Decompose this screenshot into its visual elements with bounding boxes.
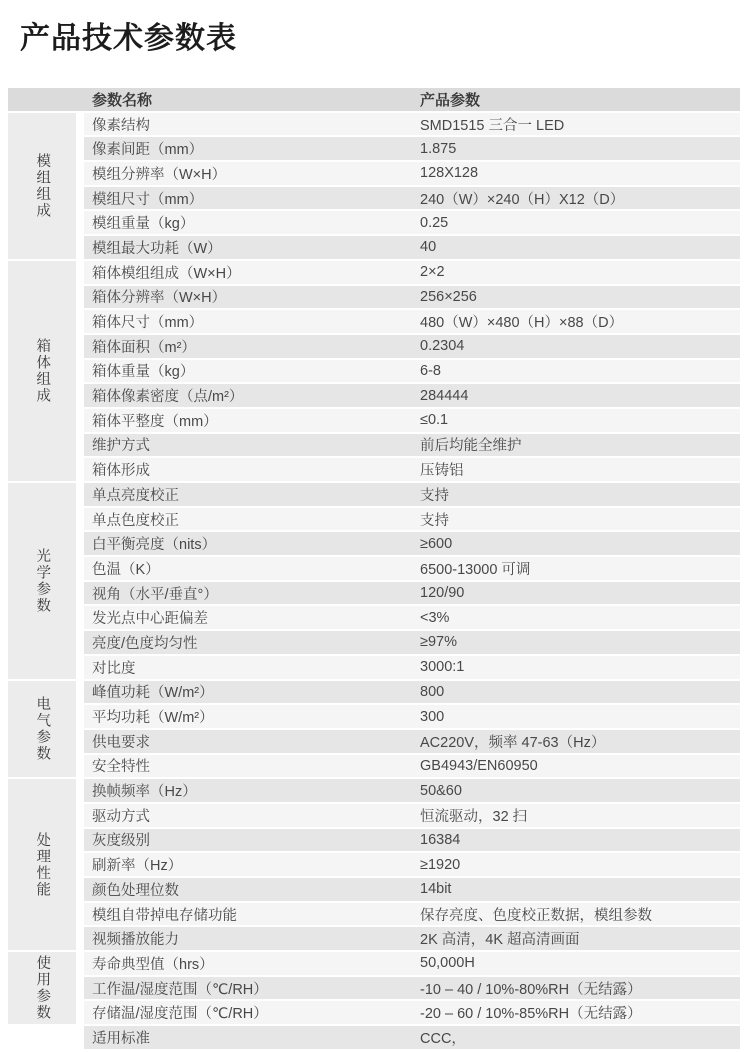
- param-name-cell: 箱体平整度（mm）: [84, 410, 420, 431]
- table-row: 发光点中心距偏差<3%: [84, 606, 740, 629]
- param-value-cell: 14bit: [420, 881, 740, 897]
- table-row: 灰度级别16384: [84, 829, 740, 852]
- param-value-cell: SMD1515 三合一 LED: [420, 114, 740, 135]
- table-row: 适用标准CCC，: [84, 1026, 740, 1049]
- param-name-cell: 灰度级别: [84, 829, 420, 850]
- param-name-cell: 换帧频率（Hz）: [84, 780, 420, 801]
- table-row: 驱动方式恒流驱动，32 扫: [84, 804, 740, 827]
- table-row: 箱体模组组成（W×H）2×2: [84, 261, 740, 284]
- param-value-cell: 50,000H: [420, 955, 740, 971]
- section-rows: 寿命典型值（hrs）50,000H工作温/湿度范围（℃/RH）-10 – 40 …: [84, 952, 740, 1051]
- table-row: 箱体形成压铸铝: [84, 458, 740, 481]
- param-name-cell: 模组自带掉电存储功能: [84, 904, 420, 925]
- param-value-cell: <3%: [420, 610, 740, 626]
- section-label: 箱体组成: [35, 338, 50, 404]
- section-label-column: 模组组成: [8, 113, 76, 261]
- param-value-cell: ≥600: [420, 536, 740, 552]
- table-row: 安全特性GB4943/EN60950: [84, 755, 740, 778]
- param-value-cell: 128X128: [420, 165, 740, 181]
- section-label-block: 电气参数: [8, 681, 76, 778]
- section-rows: 箱体模组组成（W×H）2×2箱体分辨率（W×H）256×256箱体尺寸（mm）4…: [84, 261, 740, 483]
- table-row: 存储温/湿度范围（℃/RH）-20 – 60 / 10%-85%RH（无结露）: [84, 1001, 740, 1024]
- param-name-cell: 箱体重量（kg）: [84, 360, 420, 381]
- param-name-cell: 色温（K）: [84, 558, 420, 579]
- param-name-cell: 存储温/湿度范围（℃/RH）: [84, 1002, 420, 1023]
- table-section: 光学参数单点亮度校正支持单点色度校正支持白平衡亮度（nits）≥600色温（K）…: [8, 483, 740, 681]
- param-value-cell: ≥1920: [420, 857, 740, 873]
- table-row: 换帧频率（Hz）50&60: [84, 779, 740, 802]
- param-name-cell: 单点亮度校正: [84, 484, 420, 505]
- table-row: 刷新率（Hz）≥1920: [84, 853, 740, 876]
- param-name-cell: 箱体尺寸（mm）: [84, 311, 420, 332]
- param-name-cell: 颜色处理位数: [84, 879, 420, 900]
- param-name-cell: 箱体面积（m²）: [84, 336, 420, 357]
- param-value-cell: 支持: [420, 484, 740, 505]
- param-value-cell: 300: [420, 709, 740, 725]
- param-value-cell: -10 – 40 / 10%-80%RH（无结露）: [420, 978, 740, 999]
- param-name-cell: 视角（水平/垂直°）: [84, 583, 420, 604]
- param-name-cell: 模组重量（kg）: [84, 212, 420, 233]
- param-value-cell: -20 – 60 / 10%-85%RH（无结露）: [420, 1002, 740, 1023]
- table-row: 模组分辨率（W×H）128X128: [84, 162, 740, 185]
- table-row: 色温（K）6500-13000 可调: [84, 557, 740, 580]
- section-label-column: 箱体组成: [8, 261, 76, 483]
- table-section: 模组组成像素结构SMD1515 三合一 LED像素间距（mm）1.875模组分辨…: [8, 113, 740, 261]
- param-value-cell: 6500-13000 可调: [420, 558, 740, 579]
- param-name-cell: 单点色度校正: [84, 509, 420, 530]
- table-row: 模组自带掉电存储功能保存亮度、色度校正数据，模组参数: [84, 903, 740, 926]
- spec-table: 参数名称 产品参数 模组组成像素结构SMD1515 三合一 LED像素间距（mm…: [8, 88, 740, 1051]
- param-name-cell: 亮度/色度均匀性: [84, 632, 420, 653]
- param-value-cell: 恒流驱动，32 扫: [420, 805, 740, 826]
- table-row: 亮度/色度均匀性≥97%: [84, 631, 740, 654]
- param-name-cell: 像素结构: [84, 114, 420, 135]
- section-label: 处理性能: [35, 832, 50, 898]
- section-label: 使用参数: [35, 955, 50, 1021]
- param-value-cell: 480（W）×480（H）×88（D）: [420, 311, 740, 332]
- table-section: 电气参数峰值功耗（W/m²）800平均功耗（W/m²）300供电要求AC220V…: [8, 681, 740, 780]
- param-value-cell: 前后均能全维护: [420, 434, 740, 455]
- param-name-cell: 白平衡亮度（nits）: [84, 533, 420, 554]
- param-name-cell: 适用标准: [84, 1027, 420, 1048]
- param-value-cell: 1.875: [420, 141, 740, 157]
- table-row: 箱体尺寸（mm）480（W）×480（H）×88（D）: [84, 310, 740, 333]
- section-label: 电气参数: [35, 696, 50, 762]
- section-label-block: 箱体组成: [8, 261, 76, 481]
- param-value-cell: 240（W）×240（H）X12（D）: [420, 188, 740, 209]
- section-label-block: 使用参数: [8, 952, 76, 1024]
- param-name-cell: 工作温/湿度范围（℃/RH）: [84, 978, 420, 999]
- table-row: 箱体像素密度（点/m²）284444: [84, 384, 740, 407]
- param-name-cell: 对比度: [84, 657, 420, 678]
- section-label-block: 模组组成: [8, 113, 76, 259]
- page-title: 产品技术参数表: [20, 13, 237, 57]
- param-value-cell: 120/90: [420, 585, 740, 601]
- section-label: 模组组成: [35, 153, 50, 219]
- param-value-cell: GB4943/EN60950: [420, 758, 740, 774]
- table-section: 箱体组成箱体模组组成（W×H）2×2箱体分辨率（W×H）256×256箱体尺寸（…: [8, 261, 740, 483]
- table-row: 视角（水平/垂直°）120/90: [84, 582, 740, 605]
- param-name-cell: 箱体分辨率（W×H）: [84, 286, 420, 307]
- param-value-cell: 256×256: [420, 289, 740, 305]
- table-section: 使用参数寿命典型值（hrs）50,000H工作温/湿度范围（℃/RH）-10 –…: [8, 952, 740, 1051]
- param-name-cell: 驱动方式: [84, 805, 420, 826]
- param-name-cell: 刷新率（Hz）: [84, 854, 420, 875]
- table-row: 颜色处理位数14bit: [84, 878, 740, 901]
- param-value-cell: 0.25: [420, 215, 740, 231]
- param-name-cell: 平均功耗（W/m²）: [84, 706, 420, 727]
- table-section: 处理性能换帧频率（Hz）50&60驱动方式恒流驱动，32 扫灰度级别16384刷…: [8, 779, 740, 952]
- section-label-column: 使用参数: [8, 952, 76, 1051]
- param-value-cell: ≤0.1: [420, 412, 740, 428]
- table-row: 视频播放能力2K 高清，4K 超高清画面: [84, 927, 740, 950]
- param-value-cell: 0.2304: [420, 338, 740, 354]
- param-value-cell: 50&60: [420, 783, 740, 799]
- table-row: 平均功耗（W/m²）300: [84, 705, 740, 728]
- table-row: 箱体平整度（mm）≤0.1: [84, 409, 740, 432]
- section-rows: 换帧频率（Hz）50&60驱动方式恒流驱动，32 扫灰度级别16384刷新率（H…: [84, 779, 740, 952]
- param-value-cell: 2×2: [420, 264, 740, 280]
- section-rows: 像素结构SMD1515 三合一 LED像素间距（mm）1.875模组分辨率（W×…: [84, 113, 740, 261]
- param-value-cell: 800: [420, 684, 740, 700]
- param-value-cell: CCC，: [420, 1027, 740, 1048]
- table-row: 模组重量（kg）0.25: [84, 211, 740, 234]
- param-value-cell: 保存亮度、色度校正数据，模组参数: [420, 904, 740, 925]
- param-name-cell: 寿命典型值（hrs）: [84, 953, 420, 974]
- param-value-cell: 3000:1: [420, 659, 740, 675]
- param-name-cell: 箱体像素密度（点/m²）: [84, 385, 420, 406]
- param-value-cell: 6-8: [420, 363, 740, 379]
- section-label-column: 处理性能: [8, 779, 76, 952]
- param-name-cell: 箱体形成: [84, 459, 420, 480]
- param-value-cell: 2K 高清，4K 超高清画面: [420, 928, 740, 949]
- param-name-cell: 供电要求: [84, 731, 420, 752]
- param-name-cell: 模组分辨率（W×H）: [84, 163, 420, 184]
- param-value-cell: 40: [420, 239, 740, 255]
- table-row: 工作温/湿度范围（℃/RH）-10 – 40 / 10%-80%RH（无结露）: [84, 977, 740, 1000]
- param-name-cell: 维护方式: [84, 434, 420, 455]
- section-label-block: 处理性能: [8, 779, 76, 950]
- param-name-cell: 视频播放能力: [84, 928, 420, 949]
- table-row: 像素结构SMD1515 三合一 LED: [84, 113, 740, 136]
- section-rows: 峰值功耗（W/m²）800平均功耗（W/m²）300供电要求AC220V，频率 …: [84, 681, 740, 780]
- param-value-cell: 284444: [420, 388, 740, 404]
- param-name-cell: 模组最大功耗（W）: [84, 237, 420, 258]
- section-label-column: 光学参数: [8, 483, 76, 681]
- table-body: 模组组成像素结构SMD1515 三合一 LED像素间距（mm）1.875模组分辨…: [8, 113, 740, 1051]
- param-name-cell: 发光点中心距偏差: [84, 607, 420, 628]
- section-label-column: 电气参数: [8, 681, 76, 780]
- header-param-name: 参数名称: [8, 89, 420, 110]
- table-row: 模组尺寸（mm）240（W）×240（H）X12（D）: [84, 187, 740, 210]
- section-rows: 单点亮度校正支持单点色度校正支持白平衡亮度（nits）≥600色温（K）6500…: [84, 483, 740, 681]
- param-name-cell: 模组尺寸（mm）: [84, 188, 420, 209]
- table-row: 模组最大功耗（W）40: [84, 236, 740, 259]
- param-value-cell: 16384: [420, 832, 740, 848]
- table-row: 箱体重量（kg）6-8: [84, 360, 740, 383]
- table-row: 箱体面积（m²）0.2304: [84, 335, 740, 358]
- table-header-row: 参数名称 产品参数: [8, 88, 740, 111]
- table-row: 峰值功耗（W/m²）800: [84, 681, 740, 704]
- param-value-cell: 支持: [420, 509, 740, 530]
- table-row: 单点亮度校正支持: [84, 483, 740, 506]
- table-row: 箱体分辨率（W×H）256×256: [84, 286, 740, 309]
- table-row: 对比度3000:1: [84, 656, 740, 679]
- table-row: 维护方式前后均能全维护: [84, 434, 740, 457]
- table-row: 像素间距（mm）1.875: [84, 137, 740, 160]
- table-row: 寿命典型值（hrs）50,000H: [84, 952, 740, 975]
- param-value-cell: AC220V，频率 47-63（Hz）: [420, 731, 740, 752]
- param-name-cell: 箱体模组组成（W×H）: [84, 262, 420, 283]
- section-label: 光学参数: [35, 548, 50, 614]
- table-row: 白平衡亮度（nits）≥600: [84, 532, 740, 555]
- header-param-value: 产品参数: [420, 89, 740, 110]
- section-label-block: 光学参数: [8, 483, 76, 679]
- param-name-cell: 安全特性: [84, 755, 420, 776]
- param-value-cell: ≥97%: [420, 634, 740, 650]
- table-row: 单点色度校正支持: [84, 508, 740, 531]
- param-name-cell: 像素间距（mm）: [84, 138, 420, 159]
- param-name-cell: 峰值功耗（W/m²）: [84, 681, 420, 702]
- param-value-cell: 压铸铝: [420, 459, 740, 480]
- table-row: 供电要求AC220V，频率 47-63（Hz）: [84, 730, 740, 753]
